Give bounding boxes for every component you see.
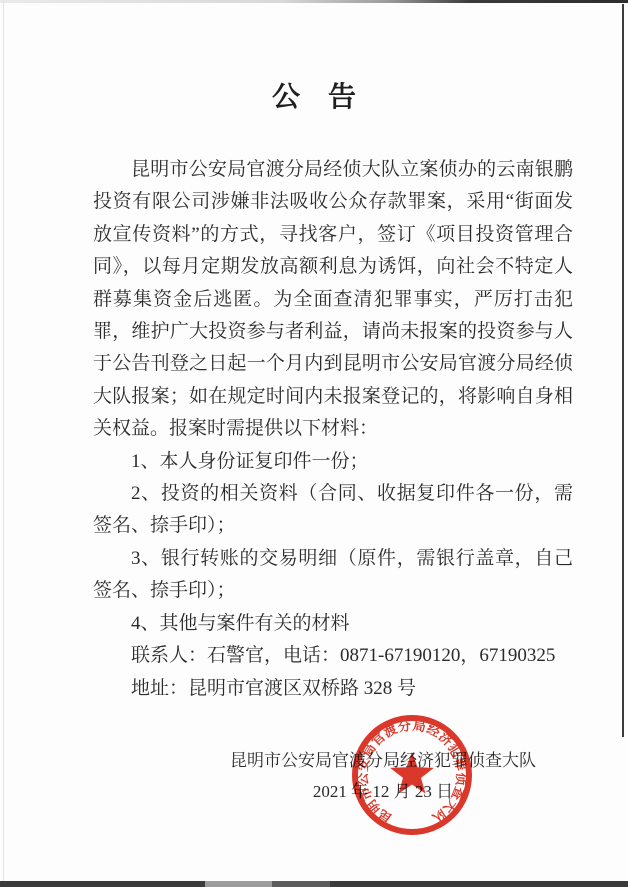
announcement-page: 公 告 昆明市公安局官渡分局经侦大队立案侦办的云南银鹏投资有限公司涉嫌非法吸收公…	[0, 0, 628, 887]
list-item-1: 1、本人身份证复印件一份；	[93, 446, 573, 478]
list-item-2: 2、投资的相关资料（合同、收据复印件各一份，需签名、捺手印）；	[93, 478, 573, 543]
list-item-3: 3、银行转账的交易明细（原件，需银行盖章，自己签名、捺手印）；	[93, 543, 573, 608]
bottom-edge-highlight	[205, 881, 272, 887]
official-seal: 昆明市公安局官渡分局经济犯罪侦查大队	[346, 709, 478, 841]
page-top-edge	[0, 0, 628, 3]
bottom-edge-segment	[272, 881, 330, 887]
paragraph-main: 昆明市公安局官渡分局经侦大队立案侦办的云南银鹏投资有限公司涉嫌非法吸收公众存款罪…	[93, 154, 573, 446]
list-item-4: 4、其他与案件有关的材料	[93, 608, 573, 640]
page-bottom-edge	[0, 881, 628, 887]
page-title: 公 告	[0, 82, 628, 114]
address-line: 地址：昆明市官渡区双桥路 328 号	[93, 673, 573, 705]
signature-block: 昆明市公安局官渡分局经济犯罪侦查大队 2021 年 12 月 23 日	[0, 745, 628, 807]
contact-line: 联系人：石警官，电话：0871-67190120，67190325	[93, 640, 573, 672]
star-icon	[390, 752, 434, 794]
announcement-body: 昆明市公安局官渡分局经侦大队立案侦办的云南银鹏投资有限公司涉嫌非法吸收公众存款罪…	[93, 154, 573, 705]
